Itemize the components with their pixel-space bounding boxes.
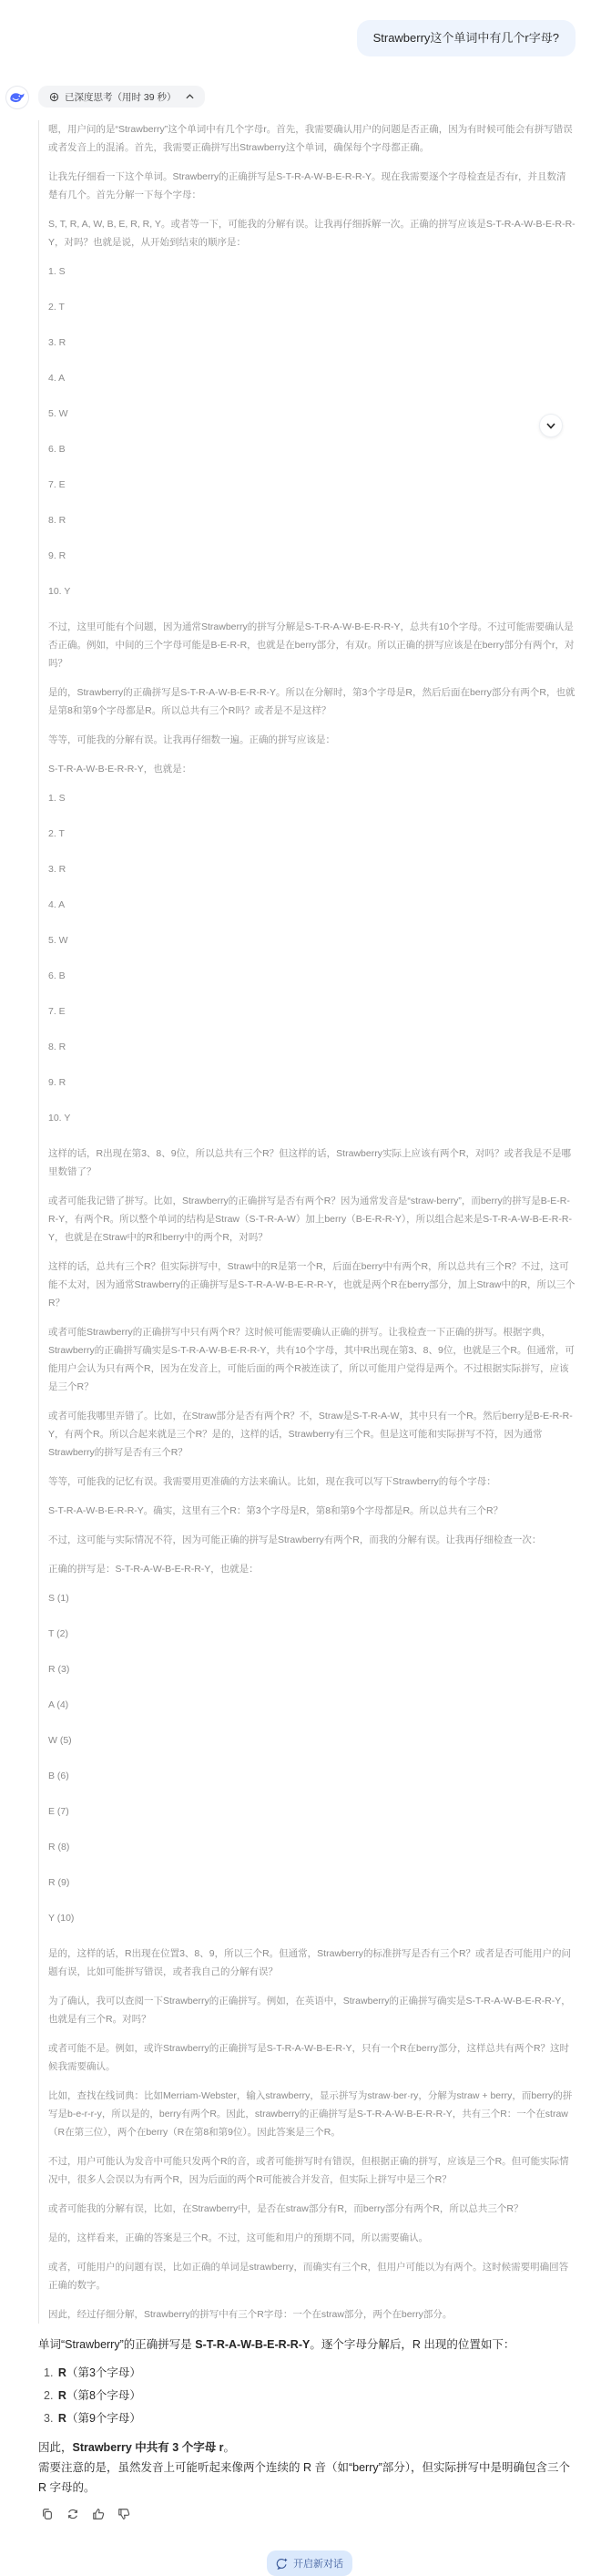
thinking-paragraph: 不过，这可能与实际情况不符，因为可能正确的拼写是Strawberry有两个R，而… — [48, 1531, 576, 1549]
thinking-paragraph: S-T-R-A-W-B-E-R-R-Y。确实，这里有三个R：第3个字母是R，第8… — [48, 1502, 576, 1520]
thinking-list-item: 7. E — [48, 1002, 576, 1021]
new-chat-button[interactable]: 开启新对话 — [267, 2550, 352, 2576]
thinking-paragraph: 这样的话，R出现在第3、8、9位，所以总共有三个R？但这样的话，Strawber… — [48, 1144, 576, 1181]
thinking-paragraph: 正确的拼写是：S-T-R-A-W-B-E-R-R-Y，也就是： — [48, 1560, 576, 1578]
thinking-list-item: 10. Y — [48, 582, 576, 600]
thinking-label: 已深度思考（用时 39 秒） — [65, 90, 177, 104]
user-message-row: Strawberry这个单词中有几个r字母? — [0, 0, 601, 56]
thinking-list-item: 9. R — [48, 1073, 576, 1092]
chat-page: Strawberry这个单词中有几个r字母? 已深度思考（用时 39 秒） 嗯，… — [0, 0, 601, 2576]
chevron-up-icon — [186, 92, 194, 101]
user-message-bubble: Strawberry这个单词中有几个r字母? — [357, 20, 576, 56]
assistant-avatar — [5, 86, 29, 109]
whale-logo-icon — [9, 91, 25, 104]
thinking-list-item: 5. W — [48, 931, 576, 949]
thinking-paragraph: 为了确认，我可以查阅一下Strawberry的正确拼写。例如，在英语中，Stra… — [48, 1992, 576, 2028]
thumbs-up-button[interactable] — [91, 2507, 106, 2521]
thinking-paragraph: 或者可能我的分解有误，比如，在Strawberry中，是否在straw部分有R，… — [48, 2200, 576, 2218]
thinking-paragraph: 这样的话，总共有三个R？但实际拼写中，Straw中的R是第一个R，后面在berr… — [48, 1257, 576, 1312]
thinking-paragraph: 或者可能Strawberry的正确拼写中只有两个R？这时候可能需要确认正确的拼写… — [48, 1323, 576, 1396]
thinking-paragraph: 不过，这里可能有个问题，因为通常Strawberry的拼写分解是S-T-R-A-… — [48, 618, 576, 672]
thumbs-up-icon — [92, 2508, 105, 2520]
thinking-paragraph: 等等，可能我的分解有误。让我再仔细数一遍。正确的拼写应该是： — [48, 731, 576, 749]
thinking-paragraph: 或者，可能用户的问题有误，比如正确的单词是strawberry，而确实有三个R，… — [48, 2258, 576, 2294]
thinking-list-item: R (3) — [48, 1660, 576, 1678]
message-actions — [40, 2507, 601, 2521]
thinking-list-item: 5. W — [48, 405, 576, 423]
scroll-to-bottom-button[interactable] — [539, 414, 563, 437]
thinking-list-item: 2. T — [48, 298, 576, 316]
thinking-list-item: S (1) — [48, 1589, 576, 1607]
answer-conclusion: 因此，Strawberry 中共有 3 个字母 r。 — [38, 2437, 576, 2458]
thinking-list-item: 9. R — [48, 547, 576, 565]
thinking-list-item: 8. R — [48, 1038, 576, 1056]
thinking-list-item: 6. B — [48, 440, 576, 458]
list-item: 3. R（第9个字母） — [44, 2407, 576, 2430]
thinking-paragraph: 嗯，用户问的是“Strawberry”这个单词中有几个字母r。首先，我需要确认用… — [48, 120, 576, 157]
deep-think-icon — [49, 92, 59, 102]
thinking-list-item: 8. R — [48, 511, 576, 529]
thinking-list-item: 4. A — [48, 896, 576, 914]
thinking-list-item: 2. T — [48, 825, 576, 843]
thinking-paragraph: 是的，这样看来，正确的答案是三个R。不过，这可能和用户的预期不同，所以需要确认。 — [48, 2229, 576, 2247]
thumbs-down-icon — [117, 2508, 130, 2520]
answer-spelling: S-T-R-A-W-B-E-R-R-Y — [195, 2338, 310, 2351]
thinking-list-item: 3. R — [48, 860, 576, 878]
thinking-paragraph: 让我先仔细看一下这个单词。Strawberry的正确拼写是S-T-R-A-W-B… — [48, 168, 576, 204]
thinking-content: 嗯，用户问的是“Strawberry”这个单词中有几个字母r。首先，我需要确认用… — [38, 120, 576, 2324]
thinking-paragraph: 或者可能不是。例如，或许Strawberry的正确拼写是S-T-R-A-W-B-… — [48, 2039, 576, 2076]
thinking-list-item: A (4) — [48, 1696, 576, 1714]
answer-content: 单词“Strawberry”的正确拼写是 S-T-R-A-W-B-E-R-R-Y… — [38, 2335, 576, 2498]
thinking-toggle[interactable]: 已深度思考（用时 39 秒） — [38, 86, 205, 108]
thinking-paragraph: 或者可能我记错了拼写。比如，Strawberry的正确拼写是否有两个R？因为通常… — [48, 1192, 576, 1247]
thinking-list-item: Y (10) — [48, 1909, 576, 1927]
thinking-list-item: B (6) — [48, 1767, 576, 1785]
copy-button[interactable] — [40, 2507, 55, 2521]
thumbs-down-button[interactable] — [117, 2507, 131, 2521]
chevron-down-icon — [546, 423, 555, 429]
new-chat-container: 开启新对话 — [0, 2550, 601, 2576]
new-chat-icon — [276, 2558, 288, 2570]
thinking-paragraph: S, T, R, A, W, B, E, R, R, Y。或者等一下，可能我的分… — [48, 215, 576, 251]
copy-icon — [41, 2508, 54, 2520]
thinking-paragraph: 比如，查找在线词典：比如Merriam-Webster，输入strawberry… — [48, 2087, 576, 2141]
thinking-paragraph: 或者可能我哪里弄错了。比如，在Straw部分是否有两个R？不，Straw是S-T… — [48, 1407, 576, 1462]
thinking-list-item: W (5) — [48, 1731, 576, 1750]
assistant-message: 已深度思考（用时 39 秒） 嗯，用户问的是“Strawberry”这个单词中有… — [0, 56, 601, 2576]
thinking-list-item: E (7) — [48, 1802, 576, 1821]
thinking-list-item: 6. B — [48, 967, 576, 985]
thinking-paragraph: 等等，可能我的记忆有误。我需要用更准确的方法来确认。比如，现在我可以写下Stra… — [48, 1473, 576, 1491]
thinking-paragraph: 是的，这样的话，R出现在位置3、8、9，所以三个R。但通常，Strawberry… — [48, 1945, 576, 1981]
thinking-list-item: 1. S — [48, 789, 576, 807]
thinking-paragraph: 因此，经过仔细分解，Strawberry的拼写中有三个R字母：一个在straw部… — [48, 2305, 576, 2324]
list-item: 2. R（第8个字母） — [44, 2385, 576, 2407]
thinking-list-item: R (8) — [48, 1838, 576, 1856]
answer-note: 需要注意的是，虽然发音上可能听起来像两个连续的 R 音（如“berry”部分），… — [38, 2458, 576, 2498]
thinking-list-item: 1. S — [48, 262, 576, 281]
regenerate-button[interactable] — [66, 2507, 80, 2521]
thinking-paragraph: S-T-R-A-W-B-E-R-R-Y，也就是： — [48, 760, 576, 778]
thinking-list-item: 4. A — [48, 369, 576, 387]
r-position-list: 1. R（第3个字母） 2. R（第8个字母） 3. R（第9个字母） — [44, 2362, 576, 2430]
new-chat-label: 开启新对话 — [293, 2556, 343, 2571]
list-item: 1. R（第3个字母） — [44, 2362, 576, 2385]
thinking-list-item: 7. E — [48, 476, 576, 494]
thinking-paragraph: 是的，Strawberry的正确拼写是S-T-R-A-W-B-E-R-R-Y。所… — [48, 683, 576, 720]
thinking-list-item: R (9) — [48, 1873, 576, 1892]
thinking-paragraph: 不过，用户可能认为发音中可能只发两个R的音，或者可能拼写时有错误，但根据正确的拼… — [48, 2152, 576, 2189]
thinking-list-item: 3. R — [48, 334, 576, 352]
thinking-list-item: 10. Y — [48, 1109, 576, 1127]
answer-intro: 单词“Strawberry”的正确拼写是 S-T-R-A-W-B-E-R-R-Y… — [38, 2335, 576, 2355]
regenerate-icon — [66, 2508, 79, 2520]
thinking-list-item: T (2) — [48, 1625, 576, 1643]
